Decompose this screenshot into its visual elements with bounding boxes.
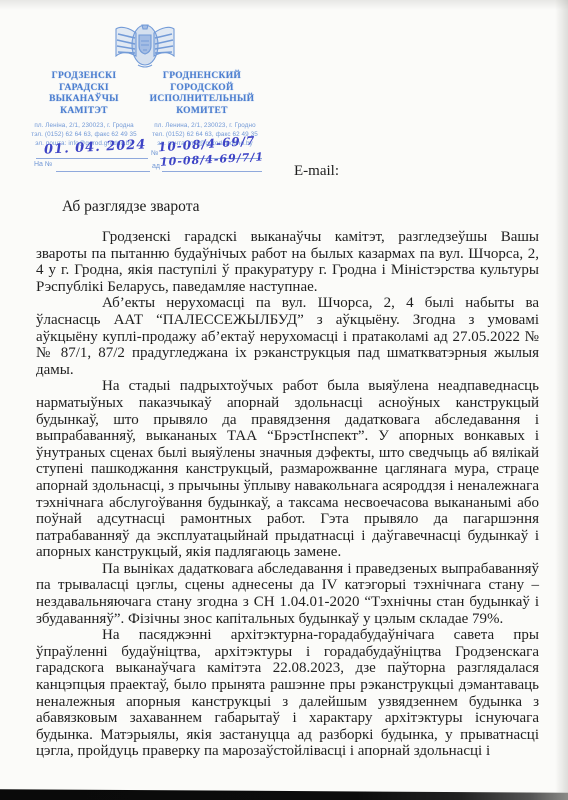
org-line: ВЫКАНАЎЧЫ — [28, 94, 140, 106]
org-line: КОМИТЕТ — [142, 106, 262, 118]
org-line: ИСПОЛНИТЕЛЬНЫЙ — [142, 94, 262, 106]
reply-date-blank-line — [162, 171, 262, 172]
reply-to-number-label: На № — [34, 161, 52, 168]
email-label: E-mail: — [294, 163, 339, 180]
paragraph: Па выніках дадатковага абследавання і пр… — [36, 561, 539, 627]
org-line: ГРОДЗЕНСКІ — [28, 71, 140, 83]
subject-line: Аб разглядзе зварота — [62, 198, 200, 216]
address-line: пл. Ленина, 2/1, 230023, г. Гродно — [144, 121, 266, 130]
org-line: ГРОДНЕНСКИЙ — [142, 71, 262, 83]
scan-edge-artifact — [0, 789, 568, 800]
reply-date-label: ад — [152, 163, 160, 170]
letter-body: Гродзенскі гарадскі выканаўчы камітэт, р… — [36, 229, 539, 760]
address-line: пл. Леніна, 2/1, 230023, г. Гродна — [24, 121, 144, 130]
reply-number-blank-line — [56, 171, 150, 172]
grodno-coat-of-arms-icon — [112, 21, 178, 71]
org-name-belarusian: ГРОДЗЕНСКІ ГАРАДСКІ ВЫКАНАЎЧЫ КАМІТЭТ — [28, 71, 140, 117]
org-line: ГАРАДСКІ — [28, 83, 140, 95]
paragraph: Гродзенскі гарадскі выканаўчы камітэт, р… — [36, 229, 539, 295]
paragraph: На пасяджэнні архітэктурна-горадабудаўні… — [36, 627, 539, 760]
org-line: КАМІТЭТ — [28, 106, 140, 118]
paragraph: Аб’екты нерухомасці па вул. Шчорса, 2, 4… — [36, 295, 539, 378]
date-blank-line — [36, 158, 148, 159]
scan-top-shadow — [0, 0, 568, 10]
org-name-russian: ГРОДНЕНСКИЙ ГОРОДСКОЙ ИСПОЛНИТЕЛЬНЫЙ КОМ… — [142, 71, 262, 117]
org-line: ГОРОДСКОЙ — [142, 83, 262, 95]
paragraph: На стадыі падрыхтоўчых работ была выяўле… — [36, 378, 539, 561]
scanned-letter-page: ГРОДЗЕНСКІ ГАРАДСКІ ВЫКАНАЎЧЫ КАМІТЭТ ГР… — [0, 0, 568, 800]
scan-right-shadow — [555, 0, 568, 800]
